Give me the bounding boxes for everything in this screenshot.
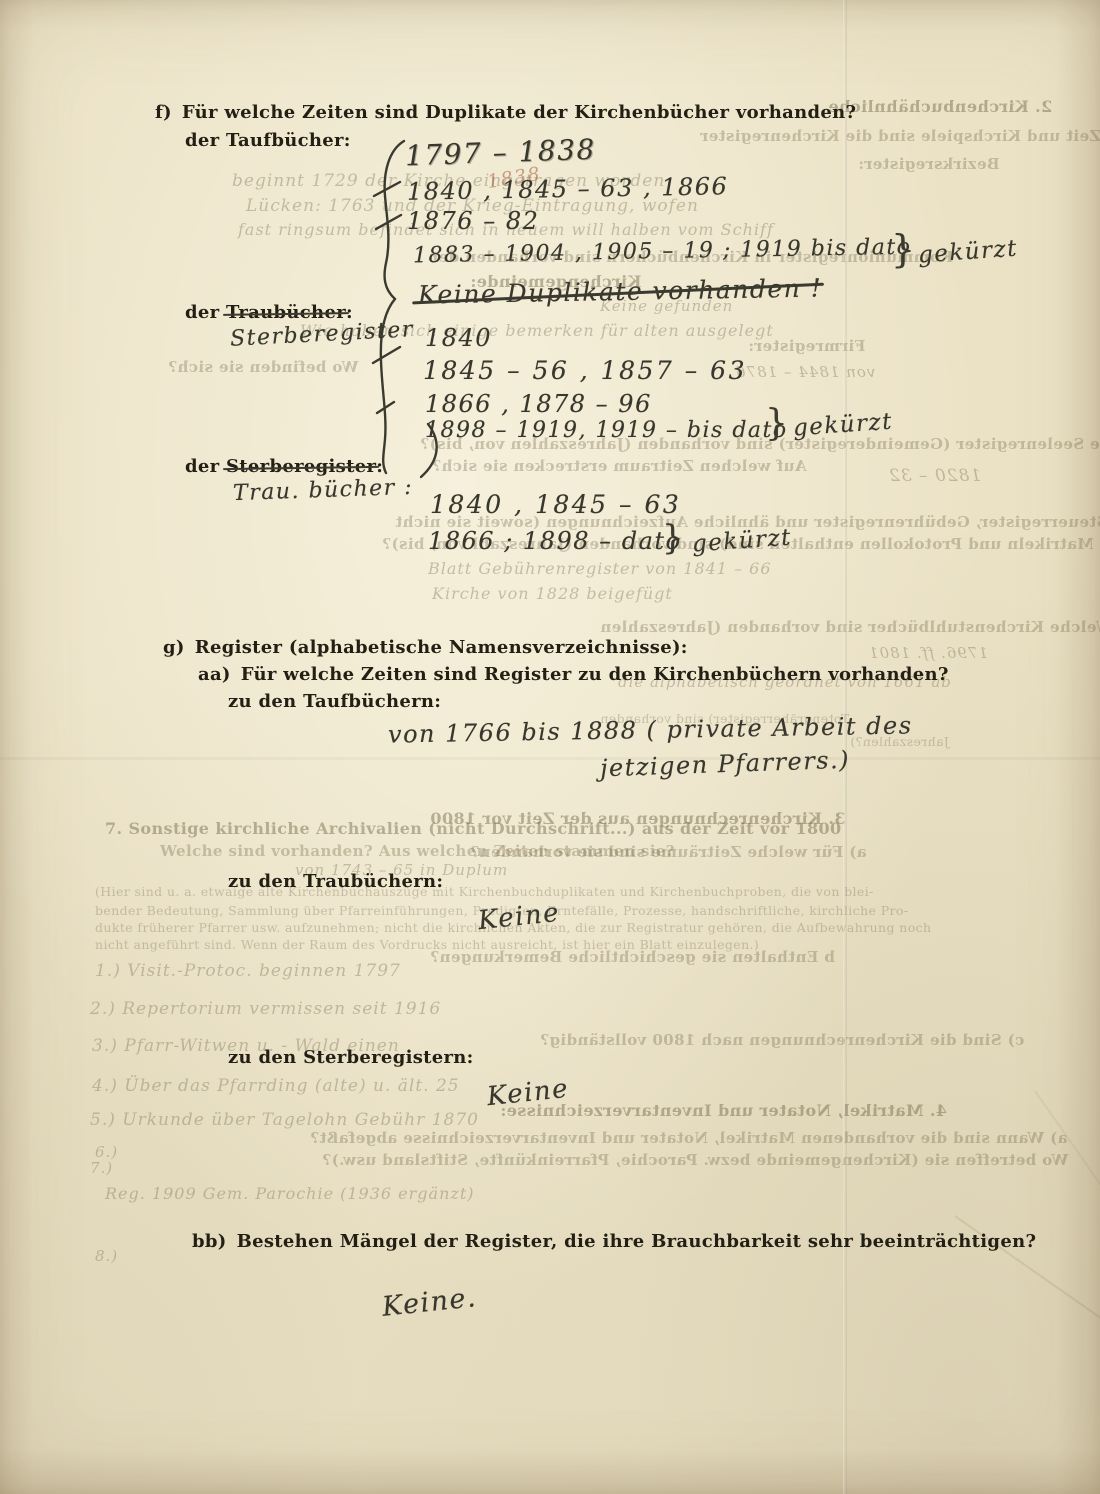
- handwritten-register-answer-line1: von 1766 bis 1888 ( private Arbeit des: [388, 711, 913, 748]
- bleedthrough-text: (Hier sind u. a. etwaige alte Kirchenbuc…: [95, 884, 874, 899]
- handwritten-tauf-dates-3: 1876 – 82: [407, 207, 539, 235]
- label-der: der: [185, 456, 219, 477]
- struck-word-sterberegister: Sterberegister: [226, 456, 376, 477]
- handwritten-sterbe-dates-2: 1866 ; 1898 – dato: [428, 527, 682, 555]
- bleedthrough-text: Auf welchen Zeitraum erstrecken sie sich…: [432, 457, 807, 475]
- bleedthrough-text: Wo befinden sie sich?: [168, 358, 358, 376]
- bleedthrough-text: 5.) Urkunde über Tagelohn Gebühr 1870: [90, 1110, 479, 1130]
- handwritten-gekuerzt: gekürzt: [917, 236, 1019, 269]
- bleedthrough-text: von 1844 – 1876: [735, 363, 875, 381]
- question-g-label: g): [163, 637, 185, 658]
- handwritten-brace: }: [765, 403, 789, 444]
- zu-sterberegistern-label: zu den Sterberegistern:: [228, 1047, 474, 1068]
- bleedthrough-text: Kirche von 1828 beigefügt: [432, 584, 673, 603]
- handwritten-brace: }: [662, 518, 685, 558]
- zu-taufbuechern-label: zu den Taufbüchern:: [228, 691, 441, 712]
- handwritten-sterbe-dates-1: 1840 , 1845 – 63: [430, 490, 681, 519]
- bleedthrough-text: 1820 – 32: [888, 466, 981, 486]
- scanned-questionnaire-page: 2. Kirchenbuchähnliche Für welche Zeit u…: [0, 0, 1100, 1494]
- question-aa: aa) Für welche Zeiten sind Register zu d…: [198, 664, 949, 685]
- bleedthrough-text: b Enthalten sie geschichtliche Bemerkung…: [430, 948, 835, 966]
- bleedthrough-text: 7.): [90, 1159, 113, 1177]
- question-aa-text: Für welche Zeiten sind Register zu den K…: [241, 664, 949, 685]
- label-der: der: [185, 302, 219, 323]
- handwritten-trau-dates-1: 1840: [425, 324, 492, 352]
- bleedthrough-text: 2. Kirchenbuchähnliche: [828, 97, 1052, 116]
- question-aa-label: aa): [198, 664, 231, 685]
- sterberegister-label: der Sterberegister:: [185, 456, 383, 477]
- handwritten-register-answer-line2: jetzigen Pfarrers.): [600, 746, 851, 783]
- question-f-text: Für welche Zeiten sind Duplikate der Kir…: [182, 102, 856, 123]
- bleedthrough-text: Für welche Zeit und Kirchspiele sind die…: [700, 127, 1100, 145]
- bleedthrough-text: Firmregister:: [748, 337, 865, 355]
- question-bb-text: Bestehen Mängel der Register, die ihre B…: [237, 1231, 1037, 1252]
- taufbuecher-label: der Taufbücher:: [185, 130, 351, 151]
- bleedthrough-text: Bezirksregister:: [858, 155, 1000, 173]
- bleedthrough-text: Wo betreffen sie (Kirchengemeinde bezw. …: [322, 1151, 1068, 1169]
- bleedthrough-text: a) Wann sind die vorhandenen Matrikel, N…: [310, 1129, 1067, 1147]
- handwritten-tauf-dates-2: 1840 , 1845 – 63 , 1866: [407, 172, 729, 206]
- traubuecher-label: der Traubücher:: [185, 302, 353, 323]
- handwritten-replacement-traubuecher: Trau. bücher :: [233, 475, 414, 506]
- zu-traubuechern-label: zu den Traubüchern:: [228, 871, 443, 892]
- handwritten-trau-dates-2: 1845 – 56 , 1857 – 63: [423, 356, 747, 385]
- handwritten-crossed-out-line: Keine Duplikate vorhanden !: [418, 273, 823, 309]
- bleedthrough-text: a) Für welche Zeiträume sind sie vorhand…: [470, 843, 866, 861]
- handwritten-trau-dates-4: 1898 – 1919, 1919 – bis dato: [425, 418, 788, 443]
- question-bb: bb) Bestehen Mängel der Register, die ih…: [192, 1231, 1036, 1252]
- bleedthrough-text: d) Welche Kirchenstuhlbücher sind vorhan…: [600, 618, 1100, 636]
- question-f: f) Für welche Zeiten sind Duplikate der …: [155, 102, 856, 123]
- fold-crease-horizontal: [0, 757, 1100, 760]
- bleedthrough-text: Blatt Gebührenregister von 1841 – 66: [428, 559, 772, 578]
- bleedthrough-text: 4.) Über das Pfarrding (alte) u. ält. 25: [92, 1076, 460, 1096]
- bleedthrough-text: 2.) Repertorium vermissen seit 1916: [90, 999, 441, 1019]
- bleedthrough-text: 1796. ff. 1801: [868, 644, 988, 662]
- bleedthrough-text: c) Sind die Kirchenrechnungen nach 1800 …: [540, 1031, 1024, 1049]
- bleedthrough-text: 3. Kirchenrechnungen aus der Zeit vor 18…: [430, 809, 845, 828]
- handwritten-trau-dates-3: 1866 , 1878 – 96: [425, 390, 652, 418]
- handwritten-tauf-dates-1: 1797 – 1838: [404, 133, 596, 173]
- question-bb-label: bb): [192, 1231, 227, 1252]
- handwritten-brace: }: [891, 227, 917, 271]
- question-g-text: Register (alphabetische Namensverzeichni…: [195, 637, 688, 658]
- question-f-label: f): [155, 102, 172, 123]
- struck-word-traubuecher: Traubücher: [226, 302, 346, 323]
- bleedthrough-text: 8.): [95, 1247, 118, 1265]
- bleedthrough-text: 1.) Visit.-Protoc. beginnen 1797: [95, 961, 401, 981]
- handwritten-keine-bb: Keine.: [381, 1282, 479, 1323]
- question-g: g) Register (alphabetische Namensverzeic…: [163, 637, 688, 658]
- bleedthrough-text: Reg. 1909 Gem. Parochie (1936 ergänzt): [105, 1184, 474, 1203]
